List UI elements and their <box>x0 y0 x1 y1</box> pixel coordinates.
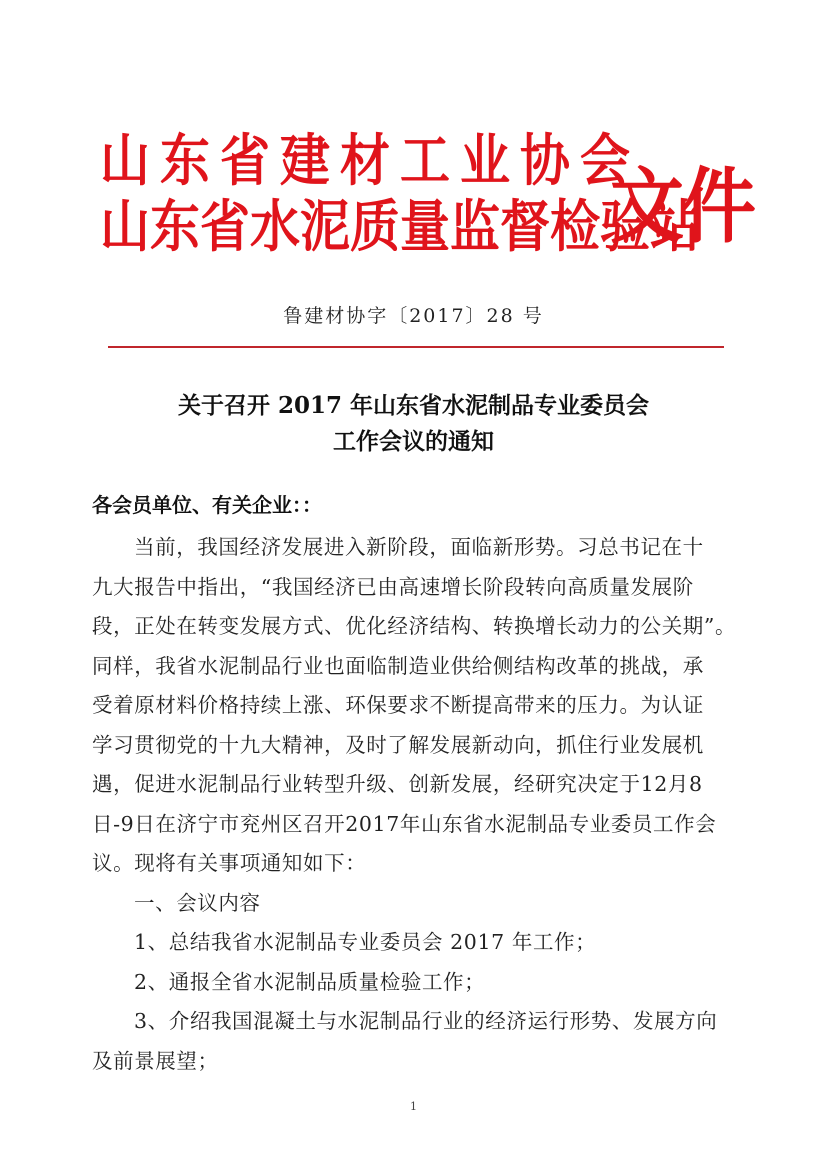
letterhead-document-label: 文件 <box>610 142 754 259</box>
document-number: 鲁建材协字〔2017〕28 号 <box>0 301 827 328</box>
paragraph-line: 当前，我国经济发展进入新阶段，面临新形势。习总书记在十 <box>92 528 740 568</box>
red-letterhead: 山东省建材工业协会 山东省水泥质量监督检验站 文件 <box>100 112 740 252</box>
title-line-2: 工作会议的通知 <box>0 424 827 460</box>
paragraph-line: 遇，促进水泥制品行业转型升级、创新发展，经研究决定于12月8 <box>92 765 740 805</box>
section-heading: 一、会议内容 <box>92 884 740 924</box>
document-page: 山东省建材工业协会 山东省水泥质量监督检验站 文件 鲁建材协字〔2017〕28 … <box>0 0 827 1169</box>
paragraph-line: 同样，我省水泥制品行业也面临制造业供给侧结构改革的挑战，承 <box>92 647 740 687</box>
paragraph-line: 受着原材料价格持续上涨、环保要求不断提高带来的压力。为认证 <box>92 686 740 726</box>
paragraph-line: 段，正处在转变发展方式、优化经济结构、转换增长动力的公关期”。 <box>92 607 740 647</box>
title-line-1: 关于召开 2017 年山东省水泥制品专业委员会 <box>0 388 827 424</box>
paragraph-line: 九大报告中指出，“我国经济已由高速增长阶段转向高质量发展阶 <box>92 568 740 608</box>
salutation: 各会员单位、有关企业：： <box>92 489 322 518</box>
document-body: 当前，我国经济发展进入新阶段，面临新形势。习总书记在十 九大报告中指出，“我国经… <box>92 528 740 1081</box>
page-number: 1 <box>0 1100 827 1113</box>
list-item: 2、通报全省水泥制品质量检验工作； <box>92 963 740 1003</box>
list-item: 3、介绍我国混凝土与水泥制品行业的经济运行形势、发展方向 <box>92 1002 740 1042</box>
red-divider-line <box>108 346 724 348</box>
paragraph-line: 日-9日在济宁市兖州区召开2017年山东省水泥制品专业委员工作会 <box>92 805 740 845</box>
document-title: 关于召开 2017 年山东省水泥制品专业委员会 工作会议的通知 <box>0 388 827 460</box>
paragraph-line: 议。现将有关事项通知如下： <box>92 844 740 884</box>
paragraph-line: 学习贯彻党的十九大精神，及时了解发展新动向，抓住行业发展机 <box>92 726 740 766</box>
list-item-continuation: 及前景展望； <box>92 1042 740 1082</box>
list-item: 1、总结我省水泥制品专业委员会 2017 年工作； <box>92 923 740 963</box>
